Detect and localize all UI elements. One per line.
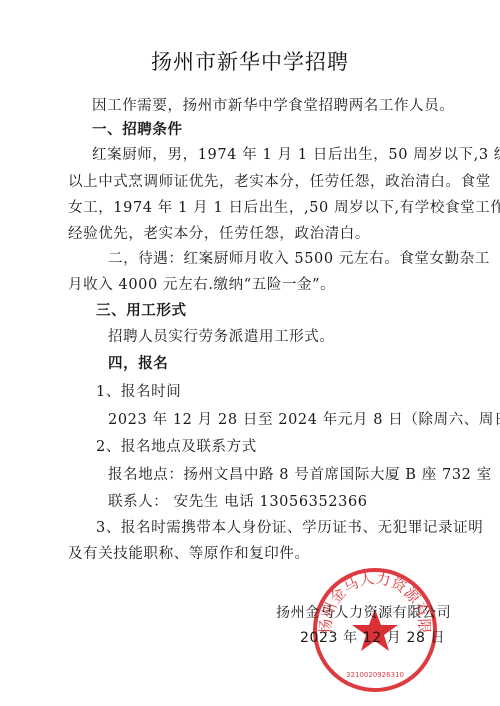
section3-heading: 三、用工形式 (96, 299, 187, 320)
intro-text: 因工作需要，扬州市新华中学食堂招聘两名工作人员。 (92, 94, 454, 115)
section1-heading: 一、招聘条件 (92, 118, 183, 139)
signature-date: 2023 年 12 月 28 日 (300, 627, 445, 647)
page-title: 扬州市新华中学招聘 (0, 46, 500, 76)
section1-line: 红案厨师，男，1974 年 1 月 1 日后出生，50 周岁以下,3 级 (92, 143, 500, 164)
section1-line: 经验优先，老实本分，任劳任怨，政治清白。 (68, 222, 370, 243)
registration-location-label: 2、报名地点及联系方式 (96, 435, 257, 456)
section2-line: 二，待遇：红案厨师月收入 5500 元左右。食堂女勤杂工 (108, 247, 490, 268)
svg-text:3210020926310: 3210020926310 (346, 671, 404, 679)
required-documents-line: 及有关技能职称、等原作和复印件。 (68, 542, 310, 563)
section1-line: 女工，1974 年 1 月 1 日后出生，,50 周岁以下,有学校食堂工作 (68, 196, 500, 217)
section2-line: 月收入 4000 元左右.缴纳“五险一金”。 (68, 273, 335, 294)
section3-body: 招聘人员实行劳务派遣用工形式。 (108, 325, 335, 346)
registration-time-label: 1、报名时间 (96, 380, 181, 401)
section1-line: 以上中式烹调师证优先，老实本分，任劳任怨，政治清白。食堂 (68, 170, 491, 191)
registration-address: 报名地点：扬州文昌中路 8 号首席国际大厦 B 座 732 室 (108, 463, 492, 484)
signature-company: 扬州金马人力资源有限公司 (276, 602, 451, 622)
required-documents-line: 3、报名时需携带本人身份证、学历证书、无犯罪记录证明 (96, 516, 483, 537)
section4-heading: 四，报名 (108, 352, 168, 373)
contact-info: 联系人： 安先生 电话 13056352366 (108, 490, 368, 511)
registration-time-value: 2023 年 12 月 28 日至 2024 年元月 8 日（除周六、周日） (108, 408, 500, 429)
